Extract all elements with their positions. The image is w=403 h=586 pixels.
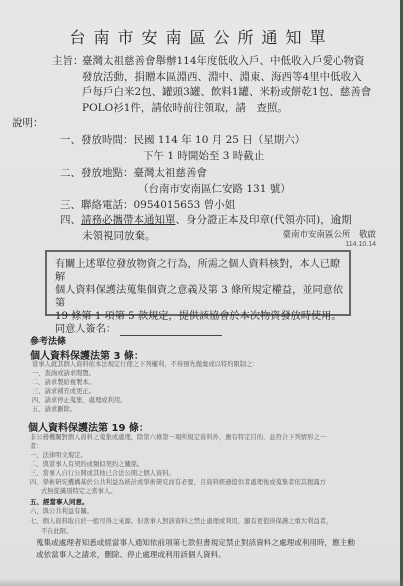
item-time-line2: 下午 1 時開始至 3 時截止 [143,149,264,165]
article3-item: 五、請求刪除。 [32,406,76,415]
article19-intro: 非公務機關對個人資料之蒐集或處理，除第六條第一項所規定資料外，應有特定目的，並符… [30,434,326,443]
item-value: 、身分證正本及印章(代領亦同)，逾期 [176,214,352,226]
subject-label: 主旨： [52,54,84,70]
item-label: 發放地點： [81,167,134,179]
article19-closing: 蒐集或處理者知悉或經當事人通知依前項第七款但書規定禁止對該資料之處理或利用時，應… [36,537,355,548]
subject-text: 臺灣太祖慈善會舉辦114年度低收入戶、中低收入戶愛心物資發放活動，捐贈本區淵西、… [82,54,372,116]
consent-line: 個人資料保護法蒐集個資之意義及第 3 條所規定權益，並同意依第 [55,284,349,310]
subject-section: 主旨： 臺灣太祖慈善會舉辦114年度低收入戶、中低收入戶愛心物資發放活動，捐贈本… [52,54,372,116]
item-label: 發放時間： [81,134,134,146]
item-value: 0954015653 曾小姐 [134,199,236,211]
article19-item: 一、法律明文規定。 [30,452,87,461]
article19-item-consent: 五、經當事人同意。 [30,498,89,507]
article19-title: 個人資料保護法第 19 條： [28,419,149,434]
signature-field[interactable] [120,325,222,336]
page-shadow [0,578,403,586]
article3-item: 二、請求製給複製本。 [32,379,95,388]
notice-document: 台南市安南區公所通知單 主旨： 臺灣太祖慈善會舉辦114年度低收入戶、中低收入戶… [0,0,403,586]
explanation-label: 說明： [12,116,44,132]
article3-item: 一、查詢或請求閱覽。 [32,370,95,379]
article3-intro: 當事人就其個人資料依本法規定行使之下列權利，不得預先拋棄或以特約限制之： [32,361,259,370]
article3-item: 四、請求停止蒐集、處理或利用。 [32,397,126,406]
item-number: 三、 [60,199,81,211]
item-number: 四、 [60,214,81,226]
article19-item: 七、個人資料取自於一般可得之來源。但當事人對該資料之禁止處理或利用，顯有更值得保… [30,518,332,527]
article19-item-cont: 不在此限。 [41,528,72,537]
article3-item: 三、請求補充或更正。 [32,388,95,397]
item-location: 二、發放地點：臺灣太祖慈善會 [60,166,207,182]
item-location-address: （台南市安南區仁安路 131 號） [138,182,291,198]
article19-item: 三、當事人自行公開或其他已合法公開之個人資料。 [30,470,175,479]
item-reminder: 四、請務必攜帶本通知單、身分證正本及印章(代領亦同)，逾期 [60,213,352,229]
article19-item: 二、與當事人有契約或類似契約之關係。 [30,461,143,470]
item-phone: 三、聯絡電話：0954015653 曾小姐 [60,198,235,214]
consent-line: 19 條第 1 項第 5 款規定，提供該協會於本次物資發放時使用。 [55,310,349,323]
signature-org: 臺南市安南區公所 敬啟 [282,228,376,240]
item-time: 一、發放時間：民國 114 年 10 月 25 日（星期六） [60,133,305,149]
item-number: 一、 [60,134,81,146]
item-number: 二、 [60,167,81,179]
article19-intro-cont: 者： [30,443,43,452]
signature-date: 114.10.14 [345,241,376,248]
article19-item-cont: 式無從識別特定之當事人。 [41,488,117,497]
article19-closing-cont: 或依當事人之請求，刪除、停止處理或利用該個人資料。 [36,549,226,560]
signature-row: 同意人簽名： [55,323,349,336]
article19-item: 四、學術研究機構基於公共利益為統計或學術研究而有必要，且資料經過提供者處理後或蒐… [30,479,326,488]
consent-box: 有關上述單位發放物資之行為，所需之個人資料核對，本人已瞭解 個人資料保護法蒐集個… [45,250,351,316]
item-value: 臺灣太祖慈善會 [134,167,208,179]
item-value: 民國 114 年 10 月 25 日（星期六） [134,134,306,146]
item-reminder-line2: 未領視同放棄。 [82,229,156,245]
item-label: 聯絡電話： [81,199,134,211]
item-underlined-text: 請務必攜帶本通知單 [81,214,176,226]
article3-title: 個人資料保護法第 3 條： [30,347,144,362]
document-title: 台南市安南區公所通知單 [0,25,403,48]
reference-heading: 參考法條 [30,334,66,347]
article19-item: 六、與公共利益有關。 [30,508,93,517]
consent-line: 有關上述單位發放物資之行為，所需之個人資料核對，本人已瞭解 [55,258,349,284]
